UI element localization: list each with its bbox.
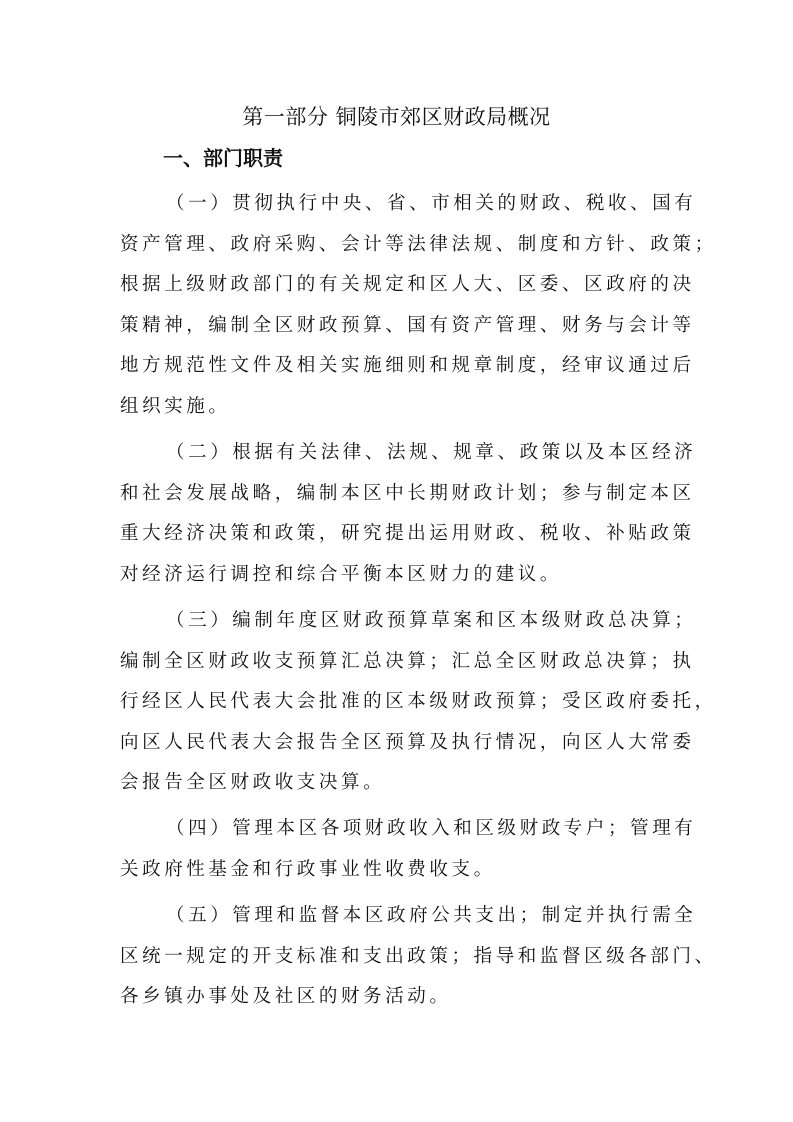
paragraph-3: （三）编制年度区财政预算草案和区本级财政总决算； 编制全区财政收支预算汇总决算；… — [120, 601, 676, 804]
text-line: （三）编制年度区财政预算草案和区本级财政总决算； — [120, 601, 676, 642]
paragraph-2: （二）根据有关法律、法规、规章、政策以及本区经济 和社会发展战略，编制本区中长期… — [120, 433, 676, 595]
paragraph-4: （四）管理本区各项财政收入和区级财政专户；管理有 关政府性基金和行政事业性收费收… — [120, 809, 676, 890]
text-line: （一）贯彻执行中央、省、市相关的财政、税收、国有 — [120, 184, 676, 225]
body-text: （一）贯彻执行中央、省、市相关的财政、税收、国有 资产管理、政府采购、会计等法律… — [120, 184, 676, 1023]
text-line: （四）管理本区各项财政收入和区级财政专户；管理有 — [120, 809, 676, 850]
text-line: 区统一规定的开支标准和支出政策；指导和监督区级各部门、 — [120, 937, 676, 978]
text-line: 策精神，编制全区财政预算、国有资产管理、财务与会计等 — [120, 306, 676, 347]
section-heading: 一、部门职责 — [163, 143, 283, 173]
page-title: 第一部分 铜陵市郊区财政局概况 — [0, 102, 793, 132]
text-line: 资产管理、政府采购、会计等法律法规、制度和方针、政策； — [120, 225, 676, 266]
text-line: （五）管理和监督本区政府公共支出；制定并执行需全 — [120, 896, 676, 937]
text-line: 编制全区财政收支预算汇总决算；汇总全区财政总决算；执 — [120, 642, 676, 683]
text-line: 各乡镇办事处及社区的财务活动。 — [120, 977, 676, 1018]
text-line: 根据上级财政部门的有关规定和区人大、区委、区政府的决 — [120, 265, 676, 306]
text-line: 地方规范性文件及相关实施细则和规章制度，经审议通过后 — [120, 346, 676, 387]
text-line: （二）根据有关法律、法规、规章、政策以及本区经济 — [120, 433, 676, 474]
text-line: 会报告全区财政收支决算。 — [120, 763, 676, 804]
text-line: 行经区人民代表大会批准的区本级财政预算；受区政府委托， — [120, 682, 676, 723]
text-line: 关政府性基金和行政事业性收费收支。 — [120, 850, 676, 891]
text-line: 对经济运行调控和综合平衡本区财力的建议。 — [120, 555, 676, 596]
document-page: 第一部分 铜陵市郊区财政局概况 一、部门职责 （一）贯彻执行中央、省、市相关的财… — [0, 0, 793, 1122]
text-line: 重大经济决策和政策，研究提出运用财政、税收、补贴政策 — [120, 514, 676, 555]
text-line: 和社会发展战略，编制本区中长期财政计划；参与制定本区 — [120, 474, 676, 515]
paragraph-1: （一）贯彻执行中央、省、市相关的财政、税收、国有 资产管理、政府采购、会计等法律… — [120, 184, 676, 428]
text-line: 组织实施。 — [120, 387, 676, 428]
text-line: 向区人民代表大会报告全区预算及执行情况，向区人大常委 — [120, 723, 676, 764]
paragraph-5: （五）管理和监督本区政府公共支出；制定并执行需全 区统一规定的开支标准和支出政策… — [120, 896, 676, 1018]
